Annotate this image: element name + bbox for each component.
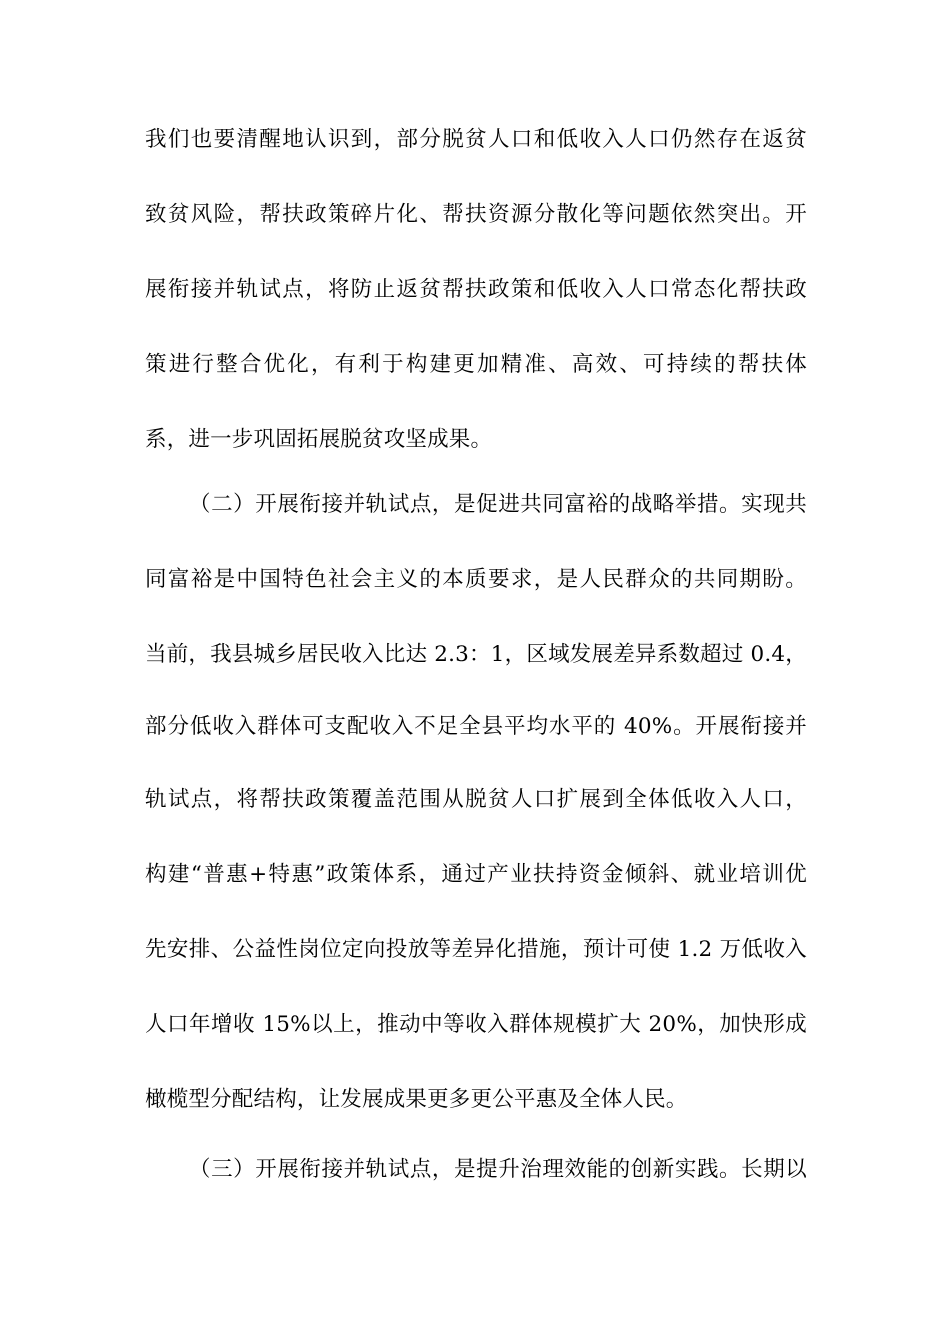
paragraph-2-line-6: 构建“普惠+特惠”政策体系，通过产业扶持资金倾斜、就业培训优 [145, 860, 807, 890]
paragraph-2-line-3: 当前，我县城乡居民收入比达 2.3：1，区域发展差异系数超过 0.4， [145, 640, 807, 670]
paragraph-1-line-5: 系，进一步巩固拓展脱贫攻坚成果。 [145, 425, 807, 455]
paragraph-2-line-2: 同富裕是中国特色社会主义的本质要求，是人民群众的共同期盼。 [145, 565, 807, 595]
paragraph-1-line-3: 展衔接并轨试点，将防止返贫帮扶政策和低收入人口常态化帮扶政 [145, 275, 807, 305]
paragraph-2-line-5: 轨试点，将帮扶政策覆盖范围从脱贫人口扩展到全体低收入人口， [145, 785, 807, 815]
paragraph-2-line-7: 先安排、公益性岗位定向投放等差异化措施，预计可使 1.2 万低收入 [145, 935, 807, 965]
paragraph-1-line-4: 策进行整合优化，有利于构建更加精准、高效、可持续的帮扶体 [145, 350, 807, 380]
paragraph-2-line-8: 人口年增收 15%以上，推动中等收入群体规模扩大 20%，加快形成 [145, 1010, 807, 1040]
paragraph-3-line-1: （三）开展衔接并轨试点，是提升治理效能的创新实践。长期以 [189, 1155, 807, 1185]
paragraph-2-line-9: 橄榄型分配结构，让发展成果更多更公平惠及全体人民。 [145, 1085, 807, 1115]
document-page: 我们也要清醒地认识到，部分脱贫人口和低收入人口仍然存在返贫 致贫风险，帮扶政策碎… [0, 0, 950, 1344]
paragraph-1-line-2: 致贫风险，帮扶政策碎片化、帮扶资源分散化等问题依然突出。开 [145, 200, 807, 230]
paragraph-2-line-1: （二）开展衔接并轨试点，是促进共同富裕的战略举措。实现共 [189, 490, 807, 520]
paragraph-1-line-1: 我们也要清醒地认识到，部分脱贫人口和低收入人口仍然存在返贫 [145, 125, 807, 155]
paragraph-2-line-4: 部分低收入群体可支配收入不足全县平均水平的 40%。开展衔接并 [145, 712, 807, 742]
